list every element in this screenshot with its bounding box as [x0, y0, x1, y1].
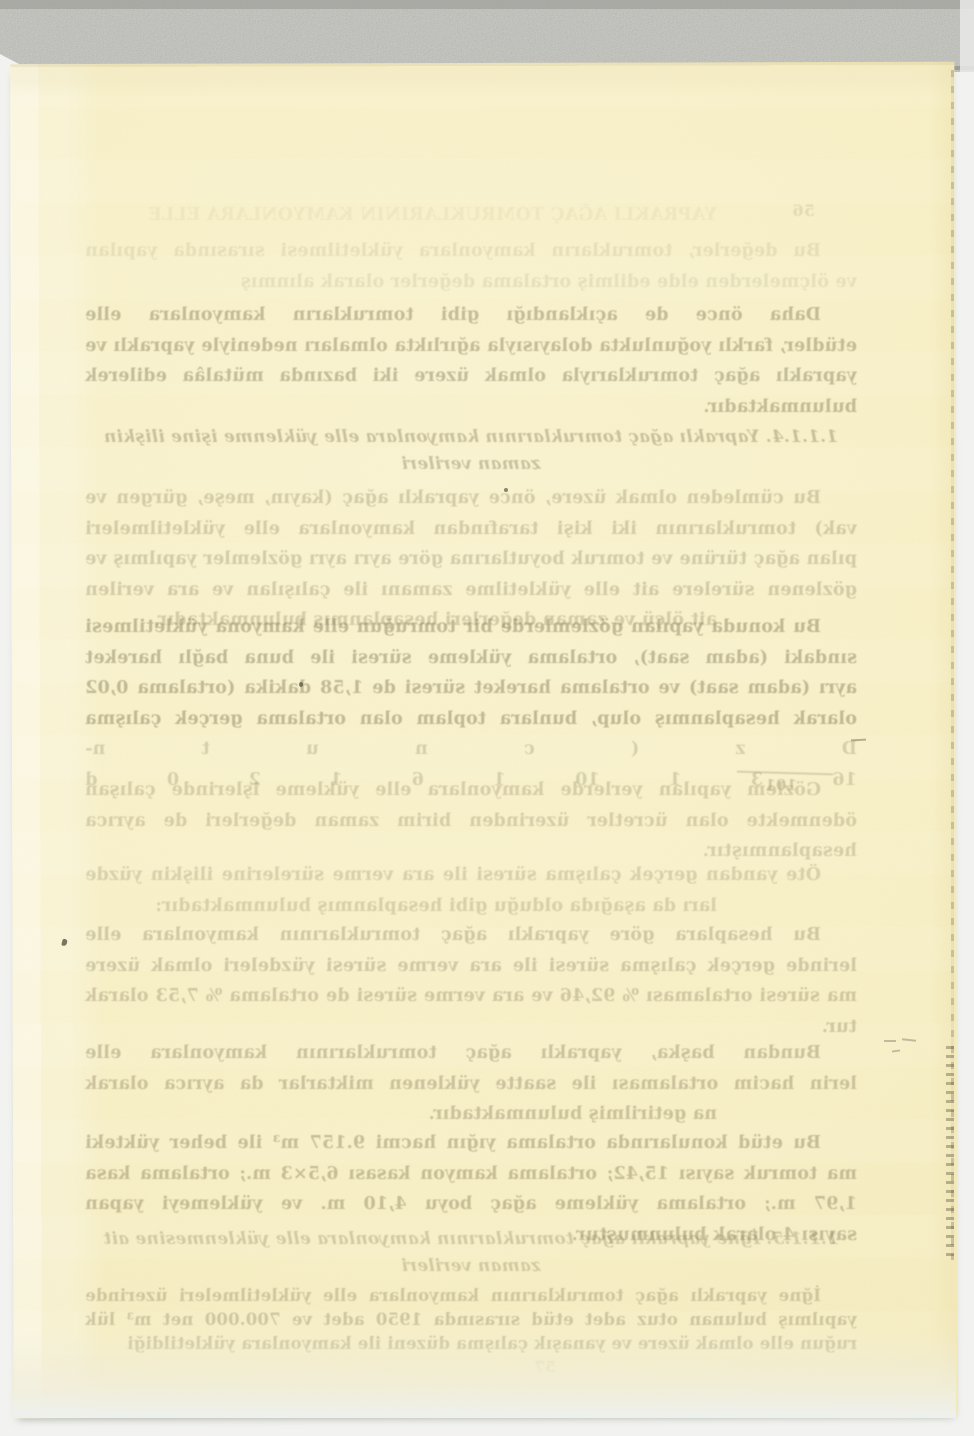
ink-dot-1: [504, 488, 508, 492]
text-line: etüdler, farklı yoğunlukta dolayısıyla a…: [85, 331, 857, 362]
text-line: olarak hesaplanmış olup, bunlara toplam …: [85, 704, 857, 735]
text-line: Bu değerler, tomrukların kamyonlara yükl…: [85, 236, 857, 267]
text-line: ma tomruk sayısı 15,42; ortalama kamyon …: [85, 1159, 857, 1190]
text-line: ma süresi ortalaması % 92,46 ve ara verm…: [85, 981, 857, 1012]
text-line: bulunmaktadır.: [85, 392, 857, 423]
text-line: ve ölçmelerden elde edilmiş ortalama değ…: [85, 267, 857, 298]
text-line: Bundan başka, yapraklı ağaç tomruklarını…: [85, 1038, 857, 1069]
text-line: Bu hesaplara göre yapraklı ağaç tomrukla…: [85, 920, 857, 951]
text-line: 1.1.1.4. Yapraklı ağaç tomruklarının kam…: [85, 424, 857, 451]
paragraph-5: Gözlem yapılan yerlerde kamyonlara elle …: [85, 775, 857, 867]
paragraph-1: Bu değerler, tomrukların kamyonlara yükl…: [85, 236, 857, 297]
text-line: Bu cümleden olmak üzere, önce yapraklı a…: [85, 483, 857, 514]
text-line: pılan ağaç türüne ve tomruk boyutlarına …: [85, 544, 857, 575]
paragraph-4: Bu konuda yapılan gözlemlerde bir tomruğ…: [85, 612, 857, 795]
paragraph-7: Bu hesaplara göre yapraklı ağaç tomrukla…: [85, 920, 857, 1042]
heading-1114: 1.1.1.4. Yapraklı ağaç tomruklarının kam…: [85, 424, 857, 478]
text-line: 1,97 m.; ortalama yükleme ağaç boyu 4,10…: [85, 1189, 857, 1220]
paragraph-2: Daha önce de açıklandığı gibi tomrukları…: [85, 300, 857, 422]
text-line: ödenmekte olan ücretler üzerinden birim …: [85, 806, 857, 837]
text-line: Gözlem yapılan yerlerde kamyonlara elle …: [85, 775, 857, 806]
text-line: ları da aşağıda olduğu gibi hesaplanmış …: [85, 891, 857, 922]
text-line: D z ( c n u t n-: [85, 734, 857, 765]
header-ghost-line: YAPRAKLI AĞAÇ TOMRUKLARININ KAMYONLARA E…: [85, 200, 857, 231]
text-line: vak) tomruklarının iki kişi tarafından k…: [85, 514, 857, 545]
text-line: sındaki (adam saat), ortalama yükleme sü…: [85, 643, 857, 674]
text-line: ayrı (adam saat) ve ortalama hareket sür…: [85, 673, 857, 704]
text-line: lerinde gerçek çalışma süresi ile ara ve…: [85, 951, 857, 982]
ink-dot-2: [299, 682, 303, 687]
text-line: İğne yapraklı ağaç tomruklarının kamyonl…: [85, 1284, 857, 1308]
text-line: gözlenen sürelere ait elle yükletilme za…: [85, 575, 857, 606]
pencil-annotation: [882, 1038, 928, 1078]
heading-1115: 1.1.1.5. İğne yapraklı ağaç tomruklarını…: [85, 1226, 857, 1280]
paper-right-edge-specks: [946, 1046, 954, 1256]
scanned-page: 56YAPRAKLI AĞAÇ TOMRUKLARININ KAMYONLARA…: [0, 0, 974, 1436]
text-line: na getirilmiş bulunmaktadır.: [85, 1099, 857, 1130]
text-line: yapraklı ağaç tomruklarıyla olmak üzere …: [85, 361, 857, 392]
paper-bottom-edge: [12, 1330, 956, 1418]
text-line: zaman verileri: [85, 1253, 857, 1280]
text-line: Bu konuda yapılan gözlemlerde bir tomruğ…: [85, 612, 857, 643]
text-line: Daha önce de açıklandığı gibi tomrukları…: [85, 300, 857, 331]
text-line: yapılmış bulunan otuz adet etüd sırasınd…: [85, 1308, 857, 1332]
paragraph-6: Öte yandan gerçek çalışma süresi ile ara…: [85, 860, 857, 921]
text-line: lerin hacim ortalaması ile saatte yüklen…: [85, 1069, 857, 1100]
paragraph-8: Bundan başka, yapraklı ağaç tomruklarını…: [85, 1038, 857, 1130]
text-line: Bu etüd konularında ortalama yığın hacmi…: [85, 1128, 857, 1159]
text-line: zaman verileri: [85, 451, 857, 478]
text-line: Öte yandan gerçek çalışma süresi ile ara…: [85, 860, 857, 891]
text-line: YAPRAKLI AĞAÇ TOMRUKLARININ KAMYONLARA E…: [85, 200, 857, 231]
text-line: 1.1.1.5. İğne yapraklı ağaç tomruklarını…: [85, 1226, 857, 1253]
ghost-text: 56YAPRAKLI AĞAÇ TOMRUKLARININ KAMYONLARA…: [85, 0, 857, 1436]
